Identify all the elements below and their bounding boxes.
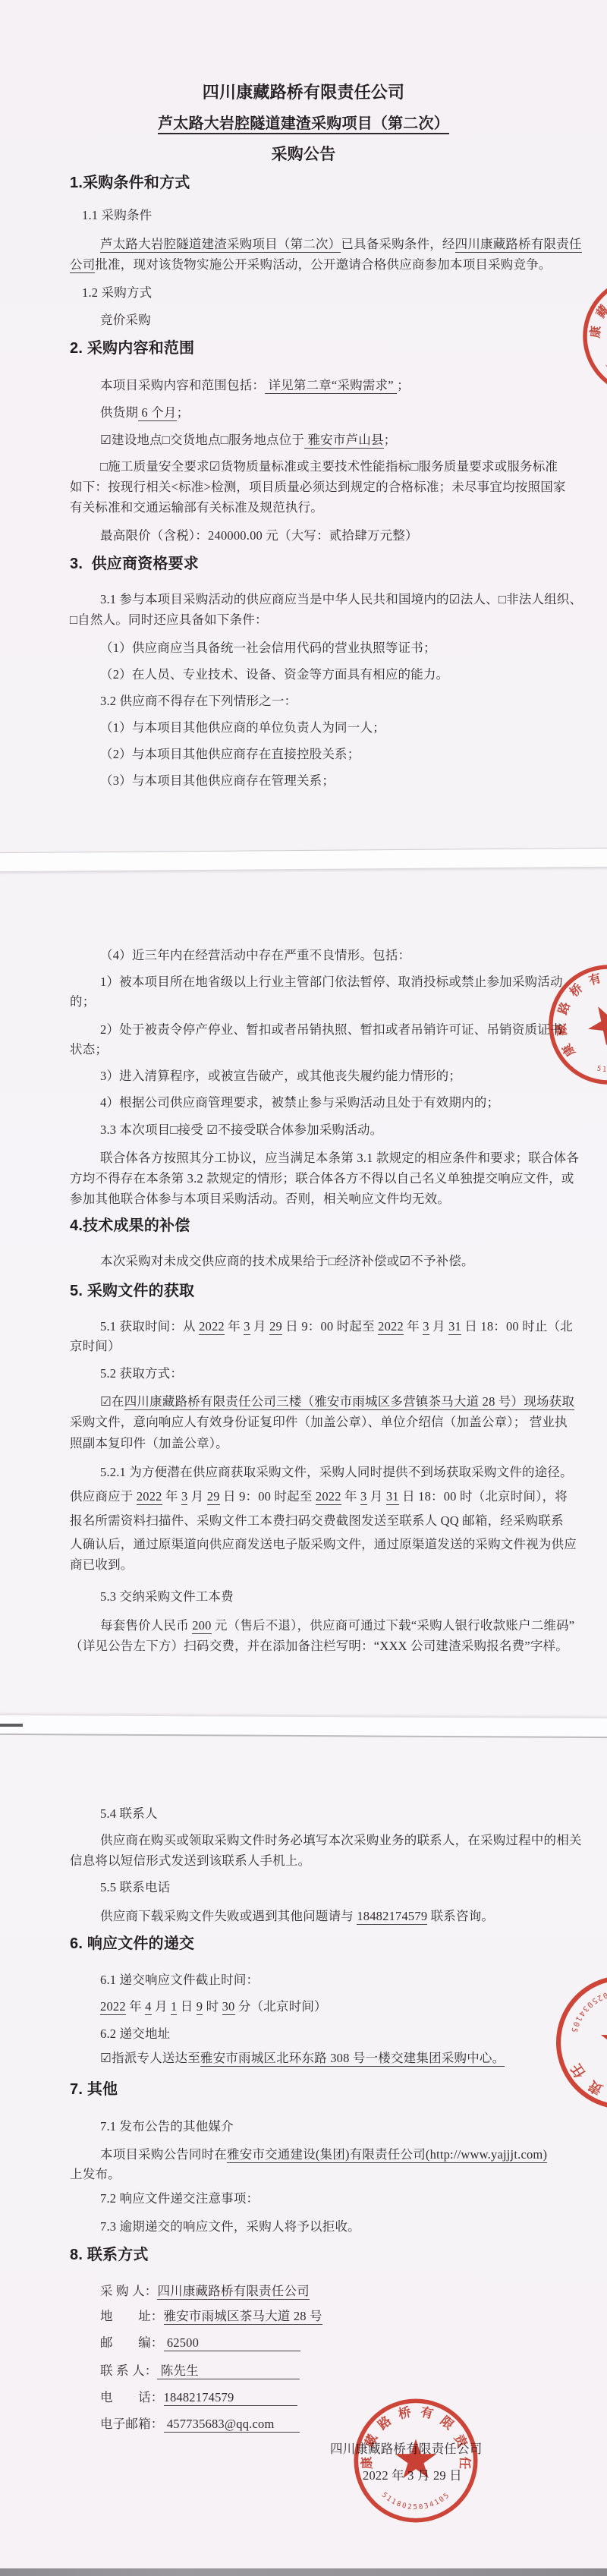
seal-company-text: 四川康藏路桥有限责任公司	[567, 1999, 607, 2128]
doc-text: 年	[225, 1319, 244, 1334]
filled-blank-text: 30	[222, 1999, 235, 2015]
doc-text: 采购文件，意向响应人有效身份证复印件（加盖公章）、单位介绍信（加盖公章）； 营业…	[70, 1415, 568, 1429]
doc-line: 人确认后，通过原渠道向供应商发送电子版采购文件，通过原渠道发送的采购文件视为供应	[70, 1534, 577, 1554]
doc-text: 四川康藏路桥有限责任公司	[203, 83, 404, 102]
doc-text: （4）近三年内在经营活动中存在严重不良情形。包括：	[100, 948, 410, 962]
doc-text: ；	[397, 378, 410, 392]
doc-text: 月	[429, 1319, 448, 1334]
doc-line: 5.3 交纳采购文件工本费	[70, 1586, 234, 1607]
company-seal-stamp: 四川康藏路桥有限责任公司 5118025034105	[349, 2394, 483, 2527]
filled-blank-text: 62500	[164, 2335, 300, 2351]
doc-text: 1.采购条件和方式	[70, 175, 190, 191]
doc-text: 邮 编：	[100, 2335, 164, 2350]
doc-text: 5.3 交纳采购文件工本费	[100, 1589, 234, 1604]
doc-text: 6.1 递交响应文件截止时间：	[100, 1973, 259, 1987]
doc-text: 4.技术成果的补偿	[70, 1217, 190, 1234]
doc-text: 元（售后不退），供应商可通过下载“采购人银行收款账户二维码”	[212, 1618, 575, 1633]
doc-text: 本项目采购公告同时在	[100, 2147, 227, 2162]
filled-blank-text: 29	[269, 1319, 282, 1335]
doc-line: □施工质量安全要求☑货物质量标准或主要技术性能指标□服务质量要求或服务标准	[70, 456, 558, 477]
doc-line: 7.2 响应文件递交注意事项：	[70, 2188, 259, 2209]
doc-line: （详见公告左下方）扫码交费，并在添加备注栏写明：“XXX 公司建渣采购报名费”字…	[70, 1636, 568, 1656]
doc-text: 7.2 响应文件递交注意事项：	[100, 2191, 259, 2206]
doc-line: ☑建设地点□交货地点□服务地点位于 雅安市芦山县；	[70, 430, 396, 450]
doc-text: 商已收到。	[70, 1557, 134, 1572]
doc-text: ☑指派专人送达至	[100, 2051, 200, 2065]
heading-8: 8. 联系方式	[70, 2245, 149, 2266]
filled-blank-text: 四川康藏路桥有限责任	[455, 237, 582, 253]
doc-text: 信息将以短信形式发送到该联系人手机上。	[70, 1853, 310, 1868]
filled-blank-text: 2022	[137, 1489, 162, 1505]
contact-person: 联 系 人： 陈先生	[70, 2360, 300, 2381]
doc-line: （1）供应商应当具备统一社会信用代码的营业执照等证书；	[70, 638, 436, 658]
filled-blank-text: 详见第二章“采购需求”	[265, 378, 397, 394]
filled-blank-text: 200	[192, 1618, 211, 1634]
doc-line: 采购文件，意向响应人有效身份证复印件（加盖公章）、单位介绍信（加盖公章）； 营业…	[70, 1412, 568, 1432]
doc-text: 照副本复印件（加盖公章）。	[70, 1436, 228, 1450]
doc-line: 2）处于被责令停产停业、暂扣或者吊销执照、暂扣或者吊销许可证、吊销资质证书	[70, 1019, 563, 1040]
doc-text: 分（北京时间）	[235, 1999, 327, 2014]
doc-line: 6.2 递交地址	[70, 2023, 170, 2044]
doc-line: 供应商下载采购文件失败或遇到其他问题请与 18482174579 联系咨询。	[70, 1906, 494, 1926]
doc-text: （1）与本项目其他供应商的单位负责人为同一人；	[100, 720, 385, 735]
doc-text: 1.1 采购条件	[82, 208, 152, 222]
doc-text: ☑建设地点□交货地点□服务地点位于	[100, 433, 304, 447]
doc-text: 上发布。	[70, 2167, 121, 2181]
doc-line: 本项目采购公告同时在雅安市交通建设(集团)有限责任公司(http://www.y…	[70, 2144, 547, 2165]
filled-blank-text: 雅安市雨城区茶马大道 28 号	[164, 2309, 322, 2325]
doc-line: 竞价采购	[70, 310, 151, 330]
doc-line: （3）与本项目其他供应商存在管理关系；	[70, 770, 335, 791]
doc-text: 竞价采购	[100, 313, 151, 327]
doc-text: 年	[126, 1999, 145, 2014]
doc-text: 3.3 本次项目□接受 ☑不接受联合体参加采购活动。	[100, 1123, 382, 1137]
doc-text: 本次采购对未成交供应商的技术成果给于□经济补偿或☑不予补偿。	[100, 1254, 474, 1268]
filled-blank-text: 4	[145, 1999, 151, 2015]
svg-text:5118025034105: 5118025034105	[593, 1033, 607, 1085]
doc-line: 芦太路大岩腔隧道建渣采购项目（第二次）已具备采购条件，经四川康藏路桥有限责任	[70, 234, 582, 254]
doc-text: 1）被本项目所在地省级以上行业主管部门依法暂停、取消投标或禁止参加采购活动	[100, 975, 563, 989]
scanned-document-page: 四川康藏路桥有限责任公司芦太路大岩腔隧道建渣采购项目（第二次）采购公告1.采购条…	[0, 0, 607, 2576]
page-title-company: 四川康藏路桥有限责任公司	[0, 82, 607, 102]
doc-text: 8. 联系方式	[70, 2247, 149, 2263]
doc-text: 有关标准和交通运输部有关标准及规范执行。	[70, 500, 323, 515]
doc-text: 5.2 获取方式：	[100, 1366, 183, 1381]
filled-blank-text: 2022	[316, 1489, 341, 1505]
doc-text: 已具备采购条件，经	[341, 237, 454, 251]
filled-blank-text: 2022	[378, 1319, 404, 1335]
doc-line: 3）进入清算程序，或被宣告破产，或其他丧失履约能力情形的；	[70, 1066, 461, 1086]
doc-text: 5.4 联系人	[100, 1806, 158, 1821]
doc-line: 报名所需资料扫描件、采购文件工本费扫码交费截图发送至联系人 QQ 邮箱，经采购联…	[70, 1510, 564, 1531]
doc-text: 年	[404, 1319, 423, 1334]
doc-text: 参加其他联合体参与本项目采购活动。否则，相关响应文件均无效。	[70, 1192, 450, 1206]
doc-text: 2）处于被责令停产停业、暂扣或者吊销执照、暂扣或者吊销许可证、吊销资质证书	[100, 1022, 563, 1037]
doc-text: 方均不得存在本条第 3.2 款规定的情形；联合体各方不得以自己名义单独提交响应文…	[70, 1171, 574, 1186]
filled-blank-text: 3	[244, 1319, 250, 1335]
doc-line: 3.3 本次项目□接受 ☑不接受联合体参加采购活动。	[70, 1120, 382, 1140]
doc-text: 月	[152, 1999, 171, 2014]
filled-blank-text: 18482174579	[357, 1909, 427, 1925]
doc-line: 7.3 逾期递交的响应文件，采购人将予以拒收。	[70, 2216, 360, 2237]
filled-blank-text: 公司	[70, 257, 95, 273]
doc-text: 联 系 人：	[100, 2363, 157, 2378]
svg-text:四川康藏路桥有限责任公司: 四川康藏路桥有限责任公司	[567, 1999, 607, 2128]
doc-line: 5.2 获取方式：	[70, 1363, 183, 1384]
doc-line: ☑指派专人送达至雅安市雨城区北环东路 308 号一楼交建集团采购中心。	[70, 2048, 505, 2068]
doc-line: 4）根据公司供应商管理要求，被禁止参与采购活动且处于有效期内的；	[70, 1092, 499, 1113]
doc-text: 联系咨询。	[427, 1909, 494, 1923]
doc-text: 本项目采购内容和范围包括：	[100, 378, 265, 392]
page-break-1	[0, 848, 607, 871]
page-break-2	[0, 1715, 607, 1738]
doc-text: 批准，现对该货物实施公开采购活动，公开邀请合格供应商参加本项目采购竞争。	[95, 257, 551, 272]
doc-text: 日 9：00 时起至	[220, 1489, 316, 1504]
heading-3: 3. 供应商资格要求	[70, 554, 199, 575]
doc-text: 采购公告	[272, 146, 336, 163]
doc-text: ☑在	[100, 1394, 124, 1409]
doc-text: □施工质量安全要求☑货物质量标准或主要技术性能指标□服务质量要求或服务标准	[100, 459, 558, 474]
filled-blank-text: 雅安市雨城区北环东路 308 号一楼交建集团采购中心。	[200, 2051, 505, 2067]
doc-text: 6. 响应文件的递交	[70, 1935, 194, 1952]
doc-text: 的；	[70, 994, 95, 1009]
max-price-line: 最高限价（含税）：240000.00 元（大写：贰拾肆万元整）	[70, 525, 418, 546]
doc-line: （4）近三年内在经营活动中存在严重不良情形。包括：	[70, 945, 410, 965]
doc-line: 6.1 递交响应文件截止时间：	[70, 1970, 259, 1990]
doc-line: ☑在四川康藏路桥有限责任公司三楼（雅安市雨城区多营镇茶马大道 28 号）现场获取	[70, 1391, 574, 1412]
doc-text: □自然人。同时还应具备如下条件：	[70, 613, 268, 627]
filled-blank-text: 四川康藏路桥有限责任公司	[157, 2284, 309, 2300]
svg-text:5118025034105: 5118025034105	[380, 2491, 451, 2511]
doc-line: 方均不得存在本条第 3.2 款规定的情形；联合体各方不得以自己名义单独提交响应文…	[70, 1168, 574, 1189]
doc-text: 报名所需资料扫描件、采购文件工本费扫码交费截图发送至联系人 QQ 邮箱，经采购联…	[70, 1513, 564, 1528]
heading-1-2: 1.2 采购方式	[70, 282, 152, 303]
heading-5: 5. 采购文件的获取	[70, 1281, 194, 1302]
doc-line: 5.4 联系人	[70, 1803, 158, 1824]
contact-phone: 电 话：18482174579	[70, 2387, 297, 2408]
doc-text: 3. 供应商资格要求	[70, 556, 199, 572]
heading-1: 1.采购条件和方式	[70, 173, 190, 194]
doc-text: （详见公告左下方）扫码交费，并在添加备注栏写明：“XXX 公司建渣采购报名费”字…	[70, 1639, 568, 1653]
filled-blank-text: 雅安市芦山县	[304, 433, 384, 449]
doc-text: 时	[203, 1999, 222, 2014]
doc-text: 月	[187, 1489, 206, 1504]
filled-blank-text: 2022	[100, 1999, 126, 2015]
doc-line: （2）与本项目其他供应商存在直接控股关系；	[70, 744, 360, 764]
filled-blank-text: 457735683@qq.com	[164, 2417, 300, 2433]
doc-line: 本项目采购内容和范围包括： 详见第二章“采购需求” ；	[70, 375, 410, 395]
doc-line: 供应商在购买或领取采购文件时务必填写本次采购业务的联系人，在采购过程中的相关	[70, 1830, 582, 1850]
doc-text: 电子邮箱：	[100, 2417, 164, 2431]
doc-text: 日 9：00 时起至	[282, 1319, 378, 1334]
filled-blank-text: 29	[207, 1489, 220, 1505]
doc-text: 每套售价人民币	[100, 1618, 192, 1633]
doc-text: 4）根据公司供应商管理要求，被禁止参与采购活动且处于有效期内的；	[100, 1095, 499, 1110]
doc-line: 信息将以短信形式发送到该联系人手机上。	[70, 1850, 310, 1871]
filled-blank-text: 3	[360, 1489, 366, 1505]
doc-line: 联合体各方按照其分工协议，应当满足本条第 3.1 款规定的相应条件和要求；联合体…	[70, 1148, 579, 1168]
doc-text: 月	[250, 1319, 269, 1334]
edge-seal-fragment-3: 四川康藏路桥有限责任公司 5118025034105	[523, 1942, 607, 2143]
seal-star-icon	[580, 997, 607, 1050]
doc-line: 商已收到。	[70, 1554, 134, 1575]
filled-blank-text: 芦太路大岩腔隧道建渣采购项目（第二次）	[158, 115, 449, 134]
filled-blank-text: 四川康藏路桥有限责任公司三楼（雅安市雨城区多营镇茶马大道 28 号）现场获取	[124, 1394, 574, 1410]
seal-ring	[530, 946, 607, 1104]
doc-text: 5.2.1 为方便潜在供应商获取采购文件，采购人同时提供不到场获取采购文件的途径…	[100, 1465, 573, 1479]
doc-text: 供货期	[100, 405, 138, 420]
heading-6: 6. 响应文件的递交	[70, 1934, 194, 1954]
doc-text: 2. 采购内容和范围	[70, 340, 194, 357]
doc-line: 供应商应于 2022 年 3 月 29 日 9：00 时起至 2022 年 3 …	[70, 1486, 568, 1507]
doc-text: 人确认后，通过原渠道向供应商发送电子版采购文件，通过原渠道发送的采购文件视为供应	[70, 1537, 577, 1551]
doc-text: 电 话：	[100, 2390, 164, 2404]
doc-line: 7.1 发布公告的其他媒介	[70, 2116, 234, 2137]
doc-line: 供货期 6 个月；	[70, 402, 189, 423]
edge-seal-fragment-1: 四川康藏路桥有限责任公司 5118025034105	[570, 263, 607, 409]
seal-star-icon	[395, 2439, 436, 2478]
doc-text: 月	[367, 1489, 386, 1504]
seal-ring	[533, 1953, 607, 2133]
doc-text: 状态；	[70, 1042, 108, 1057]
doc-line: 公司批准，现对该货物实施公开采购活动，公开邀请合格供应商参加本项目采购竞争。	[70, 254, 552, 275]
doc-text: 京时间）	[70, 1339, 121, 1353]
doc-text: 日 18：00 时（北京时间），将	[399, 1489, 568, 1504]
doc-line: 3.2 供应商不得存在下列情形之一：	[70, 691, 297, 711]
edge-seal-fragment-2: 四川康藏路桥有限责任公司 5118025034105	[521, 937, 607, 1113]
filled-blank-text: 陈先生	[157, 2363, 300, 2379]
doc-text: 如下：按现行相关<标准>检测，项目质量必须达到规定的合格标准；未尽事宜均按照国家	[70, 480, 566, 494]
page-title-project: 芦太路大岩腔隧道建渣采购项目（第二次）	[0, 114, 607, 134]
doc-text: （1）供应商应当具备统一社会信用代码的营业执照等证书；	[100, 641, 436, 655]
doc-line: （2）在人员、专业技术、设备、资金等方面具有相应的能力。	[70, 664, 448, 685]
doc-text: 供应商应于	[70, 1489, 137, 1504]
page-break-2-shadow	[0, 1724, 23, 1727]
doc-text: ；	[384, 433, 397, 447]
doc-line: 状态；	[70, 1039, 108, 1060]
filled-blank-text: 31	[448, 1319, 461, 1335]
doc-line: 有关标准和交通运输部有关标准及规范执行。	[70, 497, 323, 518]
doc-text: ；	[177, 405, 190, 420]
doc-line: 每套售价人民币 200 元（售后不退），供应商可通过下载“采购人银行收款账户二维…	[70, 1615, 574, 1636]
filled-blank-text: 6 个月	[138, 405, 177, 421]
doc-line: □自然人。同时还应具备如下条件：	[70, 609, 268, 630]
filled-blank-text: 芦太路大岩腔隧道建渣采购项目（第二次）	[100, 237, 341, 253]
seal-serial-text: 5118025034105	[380, 2491, 451, 2511]
doc-text: 7.1 发布公告的其他媒介	[100, 2119, 234, 2134]
heading-1-1: 1.1 采购条件	[70, 205, 152, 225]
doc-text: 7. 其他	[70, 2081, 118, 2098]
contact-email: 电子邮箱： 457735683@qq.com	[70, 2414, 300, 2434]
doc-text: 3）进入清算程序，或被宣告破产，或其他丧失履约能力情形的；	[100, 1069, 461, 1083]
doc-line: 3.1 参与本项目采购活动的供应商应当是中华人民共和国境内的☑法人、□非法人组织…	[70, 589, 582, 609]
doc-text: 5.1 获取时间：从	[100, 1319, 199, 1334]
contact-address: 地 址：雅安市雨城区茶马大道 28 号	[70, 2306, 322, 2326]
filled-blank-text: 2022	[199, 1319, 225, 1335]
filled-blank-text: 31	[386, 1489, 399, 1505]
doc-text: 6.2 递交地址	[100, 2026, 170, 2041]
doc-text: 地 址：	[100, 2309, 164, 2323]
doc-text: （2）在人员、专业技术、设备、资金等方面具有相应的能力。	[100, 667, 448, 682]
doc-text: 年	[341, 1489, 360, 1504]
doc-text: 最高限价（含税）：240000.00 元（大写：贰拾肆万元整）	[100, 528, 418, 543]
doc-line: 照副本复印件（加盖公章）。	[70, 1433, 228, 1453]
doc-text: 日 18：00 时止（北	[461, 1319, 573, 1334]
doc-line: 5.1 获取时间：从 2022 年 3 月 29 日 9：00 时起至 2022…	[70, 1316, 573, 1337]
filled-blank-text: 雅安市交通建设(集团)有限责任公司(http://www.yajjjt.com)	[227, 2147, 547, 2163]
contact-buyer: 采 购 人：四川康藏路桥有限责任公司	[70, 2281, 310, 2301]
doc-line: 京时间）	[70, 1336, 121, 1356]
scan-bottom-edge	[0, 2568, 607, 2576]
page-title-announcement: 采购公告	[0, 144, 607, 165]
doc-line: 1）被本项目所在地省级以上行业主管部门依法暂停、取消投标或禁止参加采购活动	[70, 972, 563, 992]
doc-line: 如下：按现行相关<标准>检测，项目质量必须达到规定的合格标准；未尽事宜均按照国家	[70, 477, 566, 497]
doc-line: 5.5 联系电话	[70, 1877, 170, 1897]
doc-text: 供应商下载采购文件失败或遇到其他问题请与	[100, 1909, 357, 1923]
heading-7: 7. 其他	[70, 2080, 118, 2100]
doc-text: 1.2 采购方式	[82, 285, 152, 300]
doc-text: 联合体各方按照其分工协议，应当满足本条第 3.1 款规定的相应条件和要求；联合体…	[100, 1151, 579, 1165]
doc-text: 年	[162, 1489, 181, 1504]
doc-text: 5. 采购文件的获取	[70, 1283, 194, 1299]
doc-text: 3.1 参与本项目采购活动的供应商应当是中华人民共和国境内的☑法人、□非法人组织…	[100, 592, 582, 606]
doc-text: 5.5 联系电话	[100, 1880, 170, 1894]
doc-text: 7.3 逾期递交的响应文件，采购人将予以拒收。	[100, 2219, 360, 2234]
doc-line: 参加其他联合体参与本项目采购活动。否则，相关响应文件均无效。	[70, 1189, 450, 1209]
deadline-line: 2022 年 4 月 1 日 9 时 30 分（北京时间）	[70, 1996, 327, 2017]
doc-text: （3）与本项目其他供应商存在管理关系；	[100, 773, 335, 788]
contact-postcode: 邮 编： 62500	[70, 2332, 300, 2353]
heading-4: 4.技术成果的补偿	[70, 1216, 190, 1236]
doc-line: 的；	[70, 991, 95, 1012]
doc-text: 日	[177, 1999, 196, 2014]
seal-serial-text: 5118025034105	[593, 1033, 607, 1085]
doc-text: 供应商在购买或领取采购文件时务必填写本次采购业务的联系人，在采购过程中的相关	[100, 1833, 582, 1847]
doc-line: （1）与本项目其他供应商的单位负责人为同一人；	[70, 717, 385, 738]
seal-star-icon	[594, 2014, 607, 2074]
doc-line: 5.2.1 为方便潜在供应商获取采购文件，采购人同时提供不到场获取采购文件的途径…	[70, 1462, 573, 1482]
doc-text: 采 购 人：	[100, 2284, 157, 2298]
doc-line: 上发布。	[70, 2164, 121, 2184]
filled-blank-text: 3	[423, 1319, 429, 1335]
filled-blank-text: 18482174579	[164, 2390, 297, 2406]
heading-2: 2. 采购内容和范围	[70, 339, 194, 359]
doc-line: 本次采购对未成交供应商的技术成果给于□经济补偿或☑不予补偿。	[70, 1251, 474, 1271]
doc-text: 3.2 供应商不得存在下列情形之一：	[100, 694, 297, 708]
filled-blank-text: 9	[197, 1999, 203, 2015]
doc-text: （2）与本项目其他供应商存在直接控股关系；	[100, 747, 360, 761]
